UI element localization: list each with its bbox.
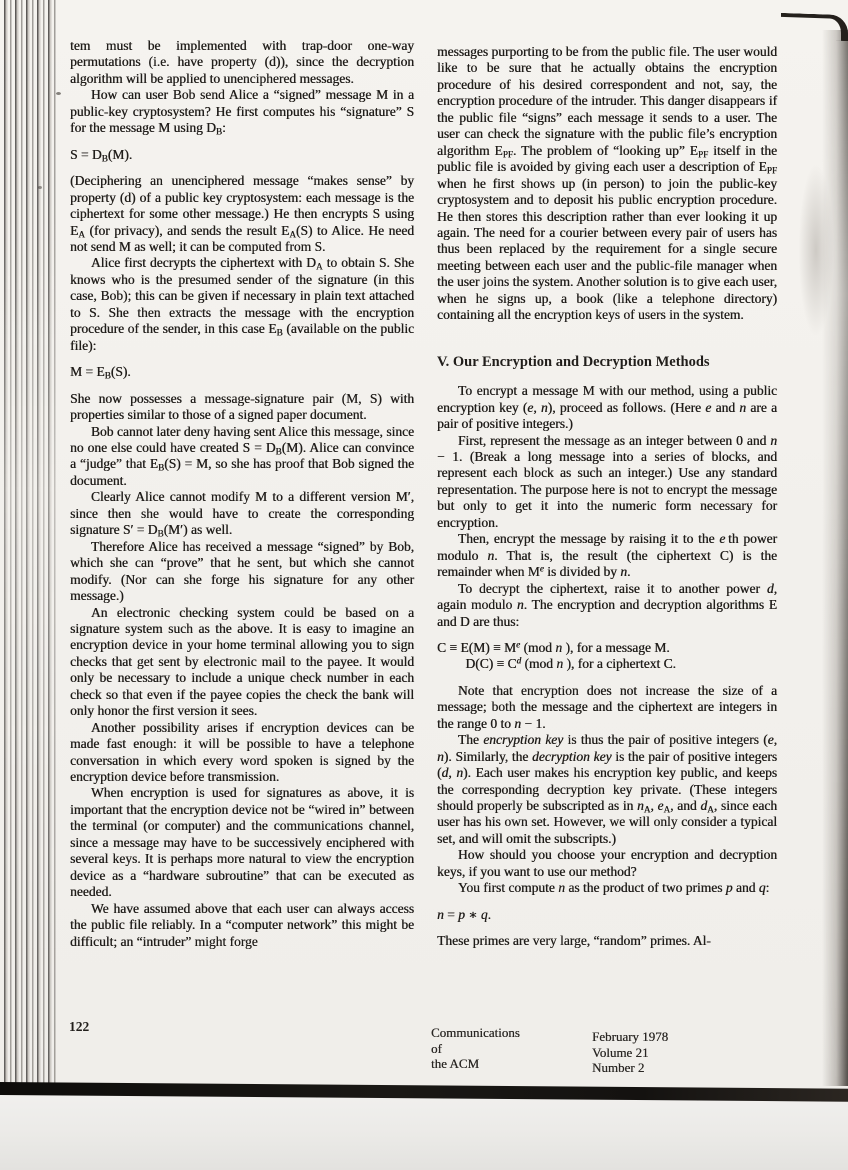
footer-journal: Communications of the ACM <box>431 1025 520 1072</box>
paragraph-alice-decrypts: Alice first decrypts the ciphertext with… <box>70 255 414 354</box>
paragraph-therefore: Therefore Alice has received a message “… <box>70 539 414 605</box>
equation-encryption-decryption: C ≡ E(M) ≡ Me (mod n ), for a message M.… <box>437 640 777 673</box>
equation-signature: S = DB(M). <box>70 147 414 163</box>
paragraph-primes: These primes are very large, “random” pr… <box>437 933 777 949</box>
paragraph-to-encrypt: To encrypt a message M with our method, … <box>437 383 777 432</box>
paragraph-represent: First, represent the message as an integ… <box>437 433 777 532</box>
page-corner-curl <box>781 13 848 41</box>
footer-journal-line: the ACM <box>431 1056 520 1072</box>
paragraph-public-file: We have assumed above that each user can… <box>70 901 414 950</box>
page-number: 122 <box>69 1019 89 1035</box>
page-edge-shadow <box>822 30 848 1086</box>
paragraph-then-encrypt: Then, encrypt the message by raising it … <box>437 531 777 580</box>
paragraph-modify: Clearly Alice cannot modify M to a diffe… <box>70 489 414 538</box>
footer-journal-line: of <box>431 1041 520 1057</box>
footer-issue: February 1978 Volume 21 Number 2 <box>592 1029 668 1076</box>
right-column: messages purporting to be from the publi… <box>437 44 777 950</box>
section-heading-v: V. Our Encryption and Decryption Methods <box>437 354 777 370</box>
paragraph-wired-in: When encryption is used for signatures a… <box>70 785 414 900</box>
footer-issue-line: Number 2 <box>592 1060 668 1076</box>
paragraph-keys: The encryption key is thus the pair of p… <box>437 732 777 847</box>
scan-speck <box>38 186 42 189</box>
footer-issue-line: Volume 21 <box>592 1045 668 1061</box>
paragraph-trapdoor: tem must be implemented with trap-door o… <box>70 38 414 87</box>
scan-speck <box>56 92 61 95</box>
paragraph-bob-signed: How can user Bob send Alice a “signed” m… <box>70 87 414 136</box>
paragraph-note-size: Note that encryption does not increase t… <box>437 683 777 732</box>
paragraph-compute-n: You first compute n as the product of tw… <box>437 880 777 896</box>
paragraph-checking: An electronic checking system could be b… <box>70 605 414 720</box>
binding-edge <box>4 0 56 1086</box>
paragraph-how-choose: How should you choose your encryption an… <box>437 847 777 880</box>
equation-n-pq: n = p ∗ q. <box>437 907 777 923</box>
footer-journal-line: Communications <box>431 1025 520 1041</box>
paragraph-telephone: Another possibility arises if encryption… <box>70 720 414 786</box>
paragraph-to-decrypt: To decrypt the ciphertext, raise it to a… <box>437 581 777 630</box>
scanner-bed <box>0 1092 848 1170</box>
footer-issue-line: February 1978 <box>592 1029 668 1045</box>
paragraph-deciphering: (Deciphering an unenciphered message “ma… <box>70 173 414 255</box>
scanned-journal-page: tem must be implemented with trap-door o… <box>0 0 848 1170</box>
paper-page: tem must be implemented with trap-door o… <box>0 0 848 1088</box>
equation-message: M = EB(S). <box>70 364 414 380</box>
left-column: tem must be implemented with trap-door o… <box>70 38 414 950</box>
paragraph-purporting: messages purporting to be from the publi… <box>437 44 777 324</box>
paragraph-deny: Bob cannot later deny having sent Alice … <box>70 424 414 490</box>
paragraph-pair: She now possesses a message-signature pa… <box>70 391 414 424</box>
